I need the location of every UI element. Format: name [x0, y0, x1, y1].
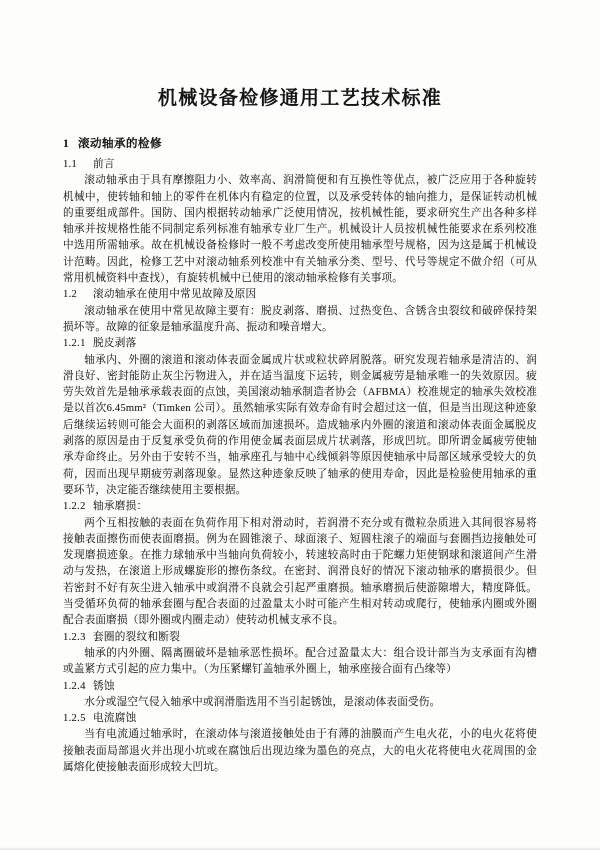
section-1-2-2-title: 轴承磨损： [93, 501, 147, 512]
section-1-2-1-title: 脱皮剥落 [93, 338, 137, 349]
section-1-2-5: 1.2.5电流腐蚀 当有电流通过轴承时，在滚动体与滚道接触处由于有薄的油膜而产生… [63, 711, 537, 776]
section-1-2-1: 1.2.1脱皮剥落 轴承内、外圈的滚道和滚动体表面金属成片状或粒状碎屑脱落。研究… [63, 336, 537, 499]
section-1-2-4-number: 1.2.4 [63, 679, 93, 695]
chapter-number: 1 [63, 136, 78, 152]
section-1-2-3-heading: 1.2.3套圈的裂纹和断裂 [63, 630, 537, 646]
chapter-heading: 1滚动轴承的检修 [63, 136, 537, 152]
section-1-1: 1.1前言 滚动轴承由于具有摩擦阻力小、效率高、润滑简便和有互换性等优点，被广泛… [63, 157, 537, 287]
section-1-2-3-number: 1.2.3 [63, 630, 93, 646]
section-1-2: 1.2滚动轴承在使用中常见故障及原因 滚动轴承在使用中常见故障主要有：脱皮剥落、… [63, 287, 537, 336]
section-1-2-4-heading: 1.2.4锈蚀 [63, 679, 537, 695]
section-1-1-heading: 1.1前言 [63, 157, 537, 173]
section-1-2-1-heading: 1.2.1脱皮剥落 [63, 336, 537, 352]
document-title: 机械设备检修通用工艺技术标准 [63, 88, 537, 109]
section-1-2-paragraph: 滚动轴承在使用中常见故障主要有：脱皮剥落、磨损、过热变色、含锈含虫裂纹和破碎保持… [63, 304, 537, 337]
section-1-2-2-number: 1.2.2 [63, 499, 93, 515]
section-1-2-5-title: 电流腐蚀 [93, 713, 137, 724]
section-1-2-2-heading: 1.2.2轴承磨损： [63, 499, 537, 515]
section-1-2-4: 1.2.4锈蚀 水分或湿空气侵入轴承中或润滑脂选用不当引起锈蚀，是滚动体表面受伤… [63, 679, 537, 712]
section-1-2-5-paragraph: 当有电流通过轴承时，在滚动体与滚道接触处由于有薄的油膜而产生电火花，小的电火花将… [63, 727, 537, 776]
section-1-2-3: 1.2.3套圈的裂纹和断裂 轴承的内外圈、隔离圈破坏是轴承恶性损坏。配合过盈量太… [63, 630, 537, 679]
section-1-2-2: 1.2.2轴承磨损： 两个互相按触的表面在负荷作用下相对滑动时，若润滑不充分或有… [63, 499, 537, 629]
section-1-2-3-title: 套圈的裂纹和断裂 [93, 632, 180, 643]
chapter-title: 滚动轴承的检修 [78, 138, 162, 150]
section-1-2-heading: 1.2滚动轴承在使用中常见故障及原因 [63, 287, 537, 303]
section-1-2-number: 1.2 [63, 287, 93, 303]
section-1-2-1-number: 1.2.1 [63, 336, 93, 352]
section-1-1-title: 前言 [93, 159, 115, 170]
section-1-2-4-title: 锈蚀 [93, 681, 115, 692]
section-1-2-1-paragraph: 轴承内、外圈的滚道和滚动体表面金属成片状或粒状碎屑脱落。研究发现若轴承是清洁的、… [63, 353, 537, 500]
section-1-2-3-paragraph: 轴承的内外圈、隔离圈破坏是轴承恶性损坏。配合过盈量太大：组合设计部当为支承面有沟… [63, 646, 537, 679]
section-1-2-5-heading: 1.2.5电流腐蚀 [63, 711, 537, 727]
document-page: 机械设备检修通用工艺技术标准 1滚动轴承的检修 1.1前言 滚动轴承由于具有摩擦… [0, 0, 600, 850]
section-1-1-number: 1.1 [63, 157, 93, 173]
section-1-2-5-number: 1.2.5 [63, 711, 93, 727]
section-1-2-title: 滚动轴承在使用中常见故障及原因 [93, 289, 256, 300]
section-1-2-4-paragraph: 水分或湿空气侵入轴承中或润滑脂选用不当引起锈蚀，是滚动体表面受伤。 [63, 695, 537, 711]
section-1-1-paragraph: 滚动轴承由于具有摩擦阻力小、效率高、润滑简便和有互换性等优点，被广泛应用于各种旋… [63, 173, 537, 287]
scanned-document: { "colors": { "paper": "#fdfdfc", "ink":… [0, 0, 600, 850]
section-1-2-2-paragraph: 两个互相按触的表面在负荷作用下相对滑动时，若润滑不充分或有微粒杂质进入其间很容易… [63, 516, 537, 630]
